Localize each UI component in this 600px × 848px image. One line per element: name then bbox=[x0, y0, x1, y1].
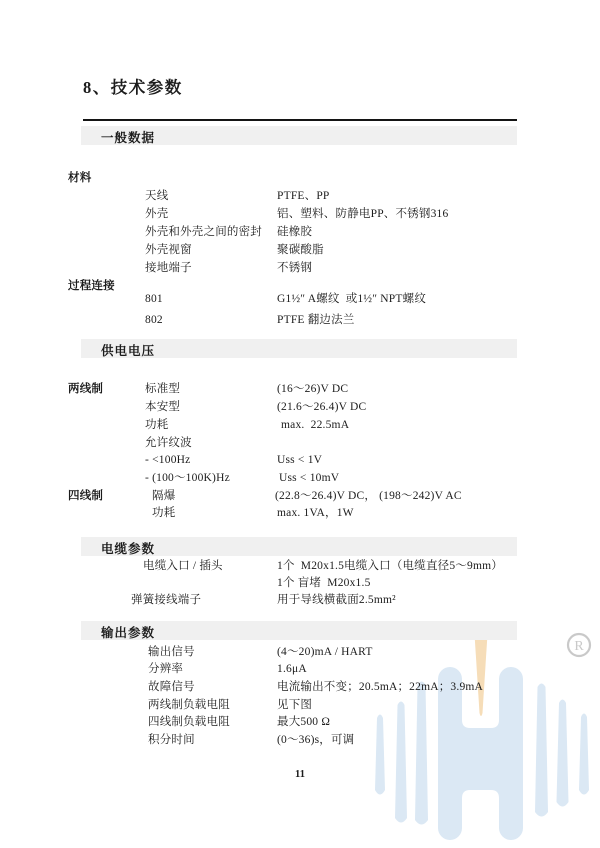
row-value: max. 22.5mA bbox=[281, 418, 349, 432]
section-header-label: 一般数据 bbox=[101, 128, 155, 146]
row-label: 外壳 bbox=[145, 207, 168, 221]
row-label: 积分时间 bbox=[148, 733, 195, 747]
logo-orange-cone-shape bbox=[475, 631, 488, 716]
row-label: 分辨率 bbox=[148, 662, 183, 676]
section-header-general-data: 一般数据 bbox=[81, 126, 517, 145]
row-label: 本安型 bbox=[145, 400, 180, 414]
row-label: 标准型 bbox=[145, 382, 180, 396]
section-header-label: 供电电压 bbox=[101, 341, 155, 359]
section-header-supply-voltage: 供电电压 bbox=[81, 339, 517, 358]
row-label: - <100Hz bbox=[145, 453, 190, 467]
row-label: 外壳和外壳之间的密封 bbox=[145, 225, 262, 239]
row-value: (0～36)s，可调 bbox=[277, 733, 354, 747]
page-title: 8、技术参数 bbox=[83, 78, 183, 98]
group-label-four-wire: 四线制 bbox=[68, 489, 103, 503]
brand-watermark-logo: R bbox=[358, 623, 600, 848]
row-value: 最大500 Ω bbox=[277, 715, 330, 729]
row-label: 功耗 bbox=[145, 418, 168, 432]
row-value: 见下图 bbox=[277, 698, 312, 712]
row-label: 隔爆 bbox=[152, 489, 175, 503]
row-value: 1个 M20x1.5电缆入口（电缆直径5～9mm） bbox=[277, 559, 503, 573]
row-value: PTFE 翻边法兰 bbox=[277, 313, 355, 327]
row-value: 聚碳酸脂 bbox=[277, 243, 324, 257]
row-label: 故障信号 bbox=[148, 680, 195, 694]
row-value: (22.8～26.4)V DC， (198～242)V AC bbox=[275, 489, 462, 503]
registered-trademark-letter: R bbox=[574, 639, 584, 654]
row-label: 四线制负载电阻 bbox=[148, 715, 230, 729]
row-value: 电流输出不变；20.5mA；22mA；3.9mA bbox=[277, 680, 483, 694]
logo-right-stroke-inner bbox=[535, 684, 548, 817]
row-label: 接地端子 bbox=[145, 261, 192, 275]
section-header-cable-parameters: 电缆参数 bbox=[81, 537, 517, 556]
group-label-process-connection: 过程连接 bbox=[68, 279, 115, 293]
row-label: 外壳视窗 bbox=[145, 243, 192, 257]
row-value: max. 1VA，1W bbox=[277, 506, 354, 520]
logo-left-stroke-middle bbox=[395, 702, 407, 823]
section-header-output-parameters: 输出参数 bbox=[81, 621, 517, 640]
row-value: G1½″ A螺纹 或1½″ NPT螺纹 bbox=[277, 292, 426, 306]
row-label: 电缆入口 / 插头 bbox=[143, 559, 223, 573]
row-label: 802 bbox=[145, 313, 163, 327]
row-value: 用于导线横截面2.5mm² bbox=[277, 593, 396, 607]
section-header-label: 输出参数 bbox=[101, 623, 155, 641]
logo-left-stroke-outer bbox=[375, 715, 385, 795]
row-value: 不锈钢 bbox=[277, 261, 312, 275]
page-number: 11 bbox=[0, 769, 600, 780]
row-value: Uss < 1V bbox=[277, 453, 322, 467]
row-value: 1.6μA bbox=[277, 662, 307, 676]
row-label: 允许纹波 bbox=[145, 436, 192, 450]
row-value: (16～26)V DC bbox=[277, 382, 348, 396]
title-divider-rule bbox=[83, 119, 517, 121]
row-value: 硅橡胶 bbox=[277, 225, 312, 239]
row-label: 输出信号 bbox=[148, 645, 195, 659]
row-label: 功耗 bbox=[152, 506, 175, 520]
section-header-label: 电缆参数 bbox=[101, 539, 155, 557]
row-value: (21.6～26.4)V DC bbox=[277, 400, 366, 414]
row-value: 1个 盲堵 M20x1.5 bbox=[277, 576, 371, 590]
row-label: 801 bbox=[145, 292, 163, 306]
row-label: - (100～100K)Hz bbox=[145, 471, 230, 485]
group-label-materials: 材料 bbox=[68, 171, 91, 185]
logo-right-stroke-outer bbox=[579, 714, 589, 795]
row-label: 弹簧接线端子 bbox=[131, 593, 201, 607]
row-value: Uss < 10mV bbox=[279, 471, 339, 485]
row-value: (4～20)mA / HART bbox=[277, 645, 373, 659]
logo-left-stroke-inner bbox=[415, 682, 428, 825]
document-page: R 8、技术参数 一般数据 供电电压 电缆参数 输出参数 材料 天线 PTFE、… bbox=[0, 0, 600, 848]
row-label: 天线 bbox=[145, 189, 168, 203]
logo-right-stroke-middle bbox=[557, 700, 569, 807]
group-label-two-wire: 两线制 bbox=[68, 382, 103, 396]
row-value: PTFE、PP bbox=[277, 189, 330, 203]
row-label: 两线制负载电阻 bbox=[148, 698, 230, 712]
row-value: 铝、塑料、防静电PP、不锈钢316 bbox=[277, 207, 448, 221]
